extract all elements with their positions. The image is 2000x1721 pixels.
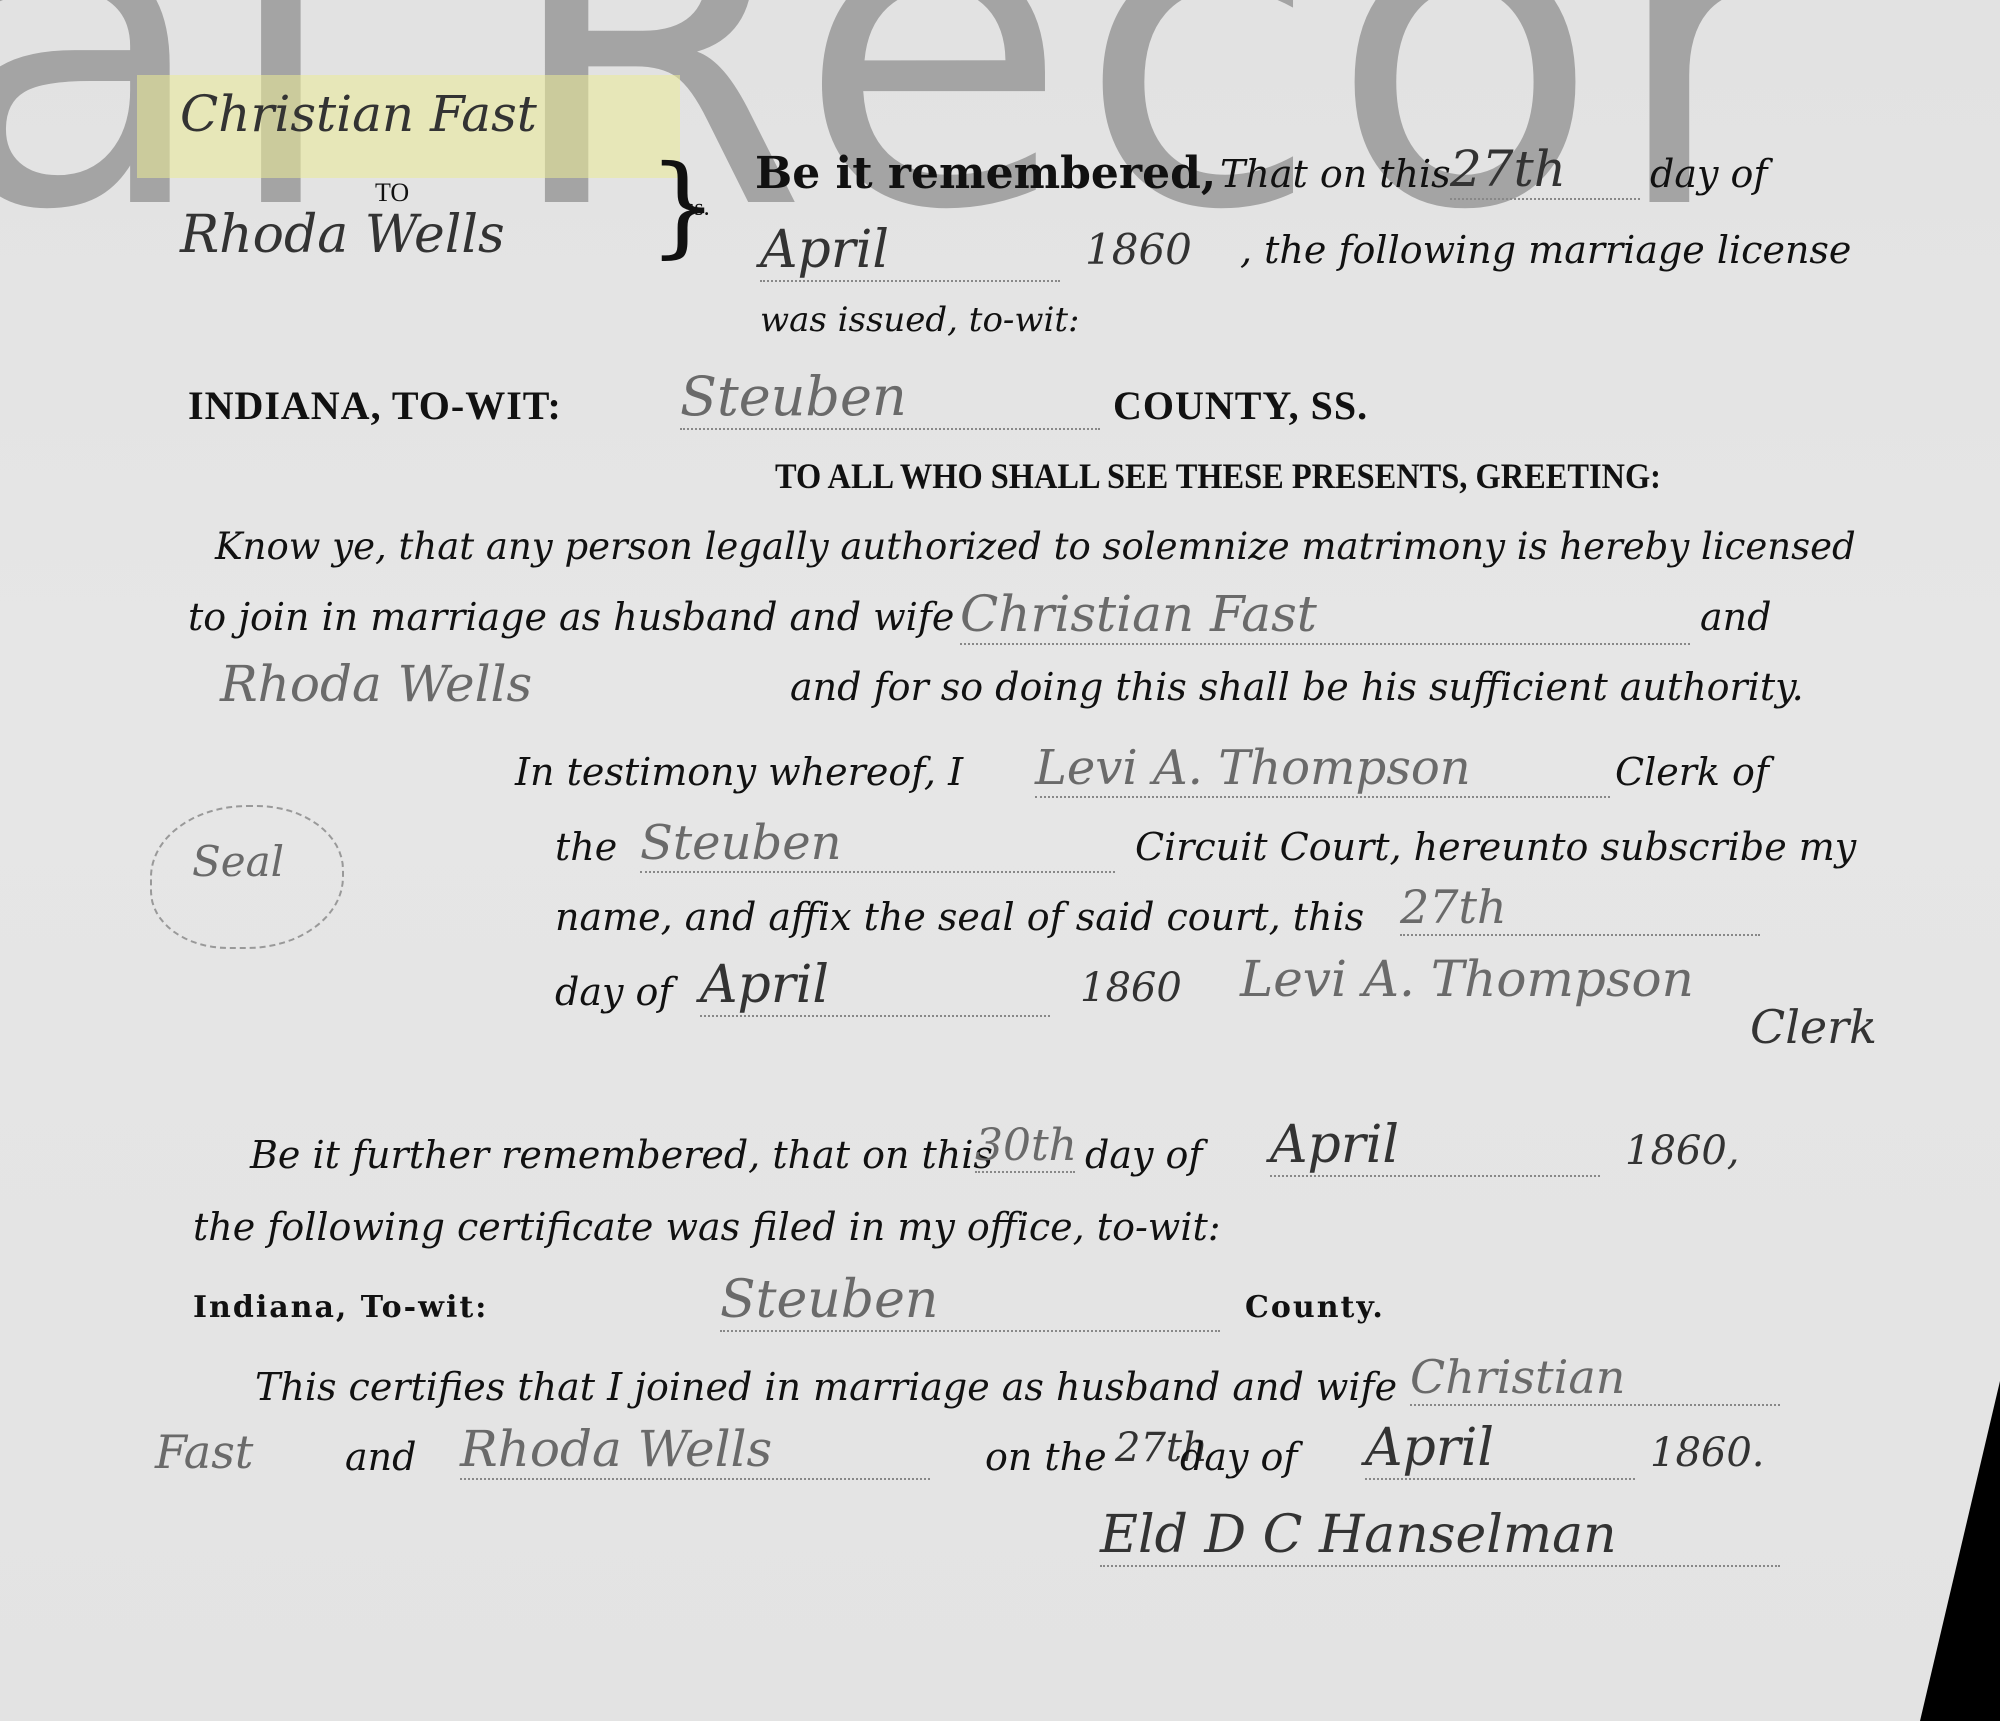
following-license: , the following marriage license	[1240, 228, 1851, 272]
license-month: April	[760, 220, 1060, 282]
testimony-month: April	[700, 955, 1050, 1017]
day-of-label: day of	[1650, 152, 1767, 196]
certificate-wife: Rhoda Wells	[460, 1420, 930, 1480]
clerk-signature-title: Clerk	[1750, 1000, 1877, 1054]
be-it-remembered: Be it remembered,	[755, 148, 1216, 199]
greeting: TO ALL WHO SHALL SEE THESE PRESENTS, GRE…	[775, 455, 1661, 497]
state-label: INDIANA, TO-WIT:	[188, 382, 562, 429]
license-year: 1860	[1085, 225, 1192, 274]
on-the-label: on the	[985, 1435, 1107, 1479]
was-issued: was issued, to-wit:	[760, 300, 1080, 340]
document-page: al Recor Christian Fast TO Rhoda Wells }…	[0, 0, 2000, 1721]
circuit-court-line: Circuit Court, hereunto subscribe my	[1135, 825, 1856, 869]
page-corner-shadow	[1920, 1381, 2000, 1721]
court-seal: Seal	[150, 805, 344, 949]
license-day: 27th	[1450, 140, 1640, 200]
seal-text: Seal	[192, 837, 284, 886]
certificate-day: 30th	[975, 1120, 1075, 1173]
certificate-filed-line: the following certificate was filed in m…	[193, 1205, 1221, 1249]
certificate-county-label: County.	[1245, 1290, 1385, 1325]
clerk-signature: Levi A. Thompson	[1240, 950, 1694, 1008]
to-label: TO	[375, 178, 409, 208]
certificate-state-label: Indiana, To-wit:	[193, 1290, 488, 1325]
marriage-year: 1860.	[1650, 1430, 1765, 1476]
day-of-label-4: day of	[1180, 1435, 1297, 1479]
the-label: the	[555, 825, 617, 869]
know-ye-line: Know ye, that any person legally authori…	[215, 525, 1856, 568]
certifies-line: This certifies that I joined in marriage…	[255, 1365, 1397, 1409]
and-label-2: and	[345, 1435, 416, 1479]
county-label: COUNTY, SS.	[1113, 382, 1368, 429]
wife-name: Rhoda Wells	[220, 655, 532, 713]
testimony-year: 1860	[1080, 965, 1182, 1011]
certificate-county: Steuben	[720, 1270, 1220, 1332]
officiant-signature: Eld D C Hanselman	[1100, 1505, 1780, 1567]
marriage-month: April	[1365, 1418, 1635, 1480]
testimony-line: In testimony whereof, I	[515, 750, 963, 794]
testimony-day: 27th	[1400, 880, 1760, 936]
certificate-month: April	[1270, 1115, 1600, 1177]
groom-name: Christian Fast	[180, 85, 537, 143]
and-label: and	[1700, 595, 1771, 639]
that-on-this: That on this	[1220, 152, 1451, 196]
clerk-name: Levi A. Thompson	[1035, 740, 1610, 798]
certificate-husband-first: Christian	[1410, 1350, 1780, 1406]
day-of-label-3: day of	[1085, 1133, 1202, 1177]
further-remembered-line: Be it further remembered, that on this	[250, 1133, 993, 1177]
authority-line: and for so doing this shall be his suffi…	[790, 665, 1804, 709]
court-county: Steuben	[640, 815, 1115, 873]
certificate-year: 1860,	[1625, 1128, 1740, 1174]
ss-label: ss.	[685, 195, 710, 222]
affix-seal-line: name, and affix the seal of said court, …	[555, 895, 1364, 939]
day-of-label-2: day of	[555, 970, 672, 1014]
certificate-husband-last: Fast	[155, 1425, 253, 1479]
license-county: Steuben	[680, 365, 1100, 430]
clerk-of-label: Clerk of	[1615, 750, 1769, 794]
husband-name: Christian Fast	[960, 585, 1690, 645]
bride-name: Rhoda Wells	[180, 205, 505, 265]
join-line: to join in marriage as husband and wife	[188, 595, 954, 639]
